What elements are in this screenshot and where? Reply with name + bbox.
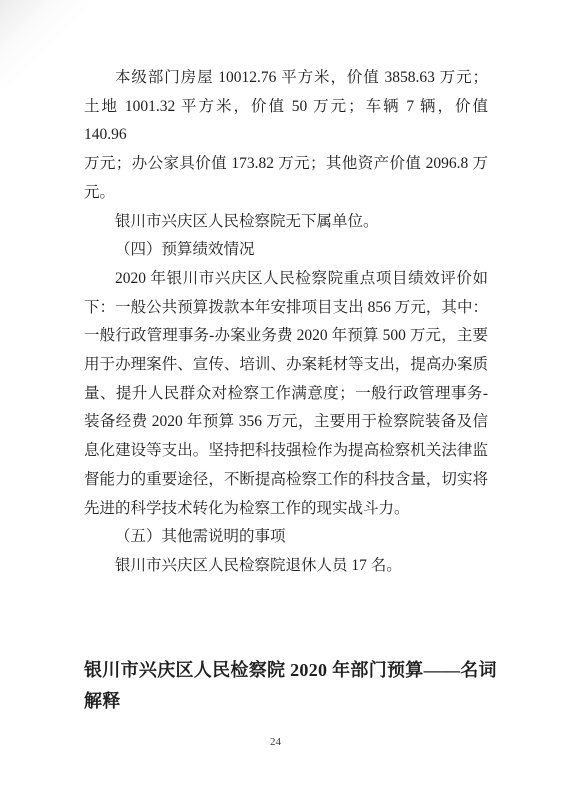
text-line: 督能力的重要途径，不断提高检察工作的科技含量，切实将 (84, 466, 488, 495)
text-line: 银川市兴庆区人民检察院退休人员 17 名。 (84, 552, 488, 581)
text-line: 用于办理案件、宣传、培训、办案耗材等支出，提高办案质 (84, 351, 488, 380)
body-text: 本级部门房屋 10012.76 平方米，价值 3858.63 万元；土地 100… (84, 64, 488, 581)
text-line: 下：一般公共预算拨款本年安排项目支出 856 万元，其中： (84, 294, 488, 323)
scan-corner-shade (0, 0, 90, 90)
document-page: 本级部门房屋 10012.76 平方米，价值 3858.63 万元；土地 100… (0, 0, 565, 800)
text-line: 息化建设等支出。坚持把科技强检作为提高检察机关法律监 (84, 437, 488, 466)
text-line: 装备经费 2020 年预算 356 万元，主要用于检察院装备及信 (84, 408, 488, 437)
section-heading: 银川市兴庆区人民检察院 2020 年部门预算——名词解释 (84, 655, 514, 717)
text-line: 一般行政管理事务-办案业务费 2020 年预算 500 万元，主要 (84, 322, 488, 351)
text-line: 本级部门房屋 10012.76 平方米，价值 3858.63 万元； (84, 64, 488, 93)
text-line: 2020 年银川市兴庆区人民检察院重点项目绩效评价如 (84, 265, 488, 294)
text-line: （四）预算绩效情况 (84, 236, 488, 265)
text-line: 万元；办公家具价值 173.82 万元；其他资产价值 2096.8 万 (84, 150, 488, 179)
text-line: （五）其他需说明的事项 (84, 523, 488, 552)
page-number: 24 (0, 736, 551, 748)
text-line: 量、提升人民群众对检察工作满意度；一般行政管理事务- (84, 380, 488, 409)
text-line: 先进的科学技术转化为检察工作的现实战斗力。 (84, 495, 488, 524)
text-line: 土地 1001.32 平方米，价值 50 万元；车辆 7 辆，价值 140.96 (84, 93, 488, 150)
text-line: 元。 (84, 179, 488, 208)
heading-line: 解释 (84, 686, 514, 717)
text-line: 银川市兴庆区人民检察院无下属单位。 (84, 208, 488, 237)
heading-line: 银川市兴庆区人民检察院 2020 年部门预算——名词 (84, 655, 514, 686)
